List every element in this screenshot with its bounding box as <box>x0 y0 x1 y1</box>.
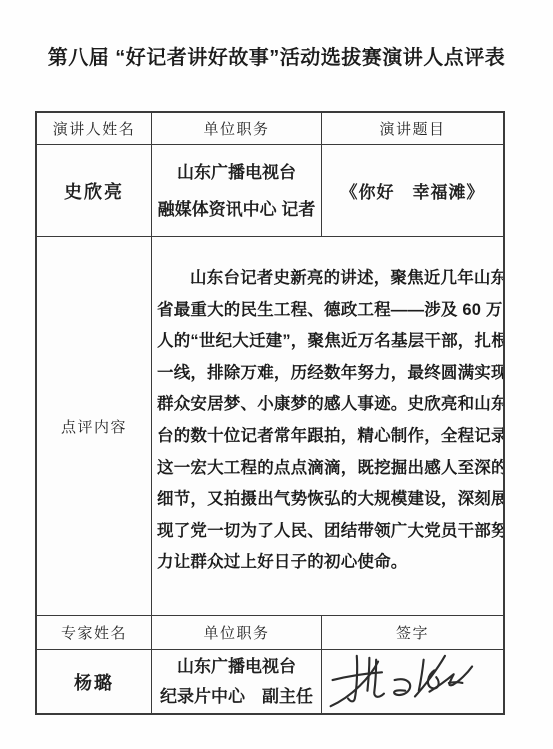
header-signature: 签字 <box>322 616 503 650</box>
comment-line: 山东台记者史新亮的讲述，聚焦近几年山东 <box>157 263 500 295</box>
document-page: 第八届 “好记者讲好故事”活动选拔赛演讲人点评表 演讲人姓名 单位职务 演讲题目… <box>0 0 553 749</box>
speaker-unit-line1: 山东广播电视台 <box>177 154 296 191</box>
expert-unit-line2: 纪录片中心 副主任 <box>160 682 313 712</box>
page-title: 第八届 “好记者讲好故事”活动选拔赛演讲人点评表 <box>0 41 553 70</box>
speech-topic: 《你好 幸福滩》 <box>322 145 503 237</box>
comment-content: 山东台记者史新亮的讲述，聚焦近几年山东 省最重大的民生工程、德政工程——涉及 6… <box>152 237 503 616</box>
comment-line: 省最重大的民生工程、德政工程——涉及 60 万 <box>157 295 500 327</box>
comment-label: 点评内容 <box>37 237 152 616</box>
signature-scribble <box>322 650 503 713</box>
header-expert-name: 专家姓名 <box>37 616 152 650</box>
comment-line: 现了党一切为了人民、团结带领广大党员干部努 <box>157 516 500 548</box>
comment-line: 人的“世纪大迁建”，聚焦近万名基层干部，扎根 <box>157 326 500 358</box>
speaker-name: 史欣亮 <box>37 145 152 237</box>
expert-name: 杨璐 <box>37 650 152 713</box>
comment-line: 细节，又拍摄出气势恢弘的大规模建设，深刻展 <box>157 484 500 516</box>
speaker-unit: 山东广播电视台 融媒体资讯中心 记者 <box>152 145 322 237</box>
expert-unit-line1: 山东广播电视台 <box>177 652 296 682</box>
comment-line: 这一宏大工程的点点滴滴，既挖掘出感人至深的 <box>157 453 500 485</box>
review-table: 演讲人姓名 单位职务 演讲题目 史欣亮 山东广播电视台 融媒体资讯中心 记者 《… <box>35 111 505 715</box>
comment-line: 台的数十位记者常年跟拍，精心制作，全程记录 <box>157 421 500 453</box>
header-speaker-topic: 演讲题目 <box>322 113 503 145</box>
header-speaker-unit: 单位职务 <box>152 113 322 145</box>
speaker-unit-line2: 融媒体资讯中心 记者 <box>158 191 316 228</box>
signature-cell <box>322 650 503 713</box>
comment-line: 一线，排除万难，历经数年努力，最终圆满实现 <box>157 358 500 390</box>
header-expert-unit: 单位职务 <box>152 616 322 650</box>
comment-line: 群众安居梦、小康梦的感人事迹。史欣亮和山东 <box>157 389 500 421</box>
expert-unit: 山东广播电视台 纪录片中心 副主任 <box>152 650 322 713</box>
header-speaker-name: 演讲人姓名 <box>37 113 152 145</box>
comment-line: 力让群众过上好日子的初心使命。 <box>157 547 500 579</box>
